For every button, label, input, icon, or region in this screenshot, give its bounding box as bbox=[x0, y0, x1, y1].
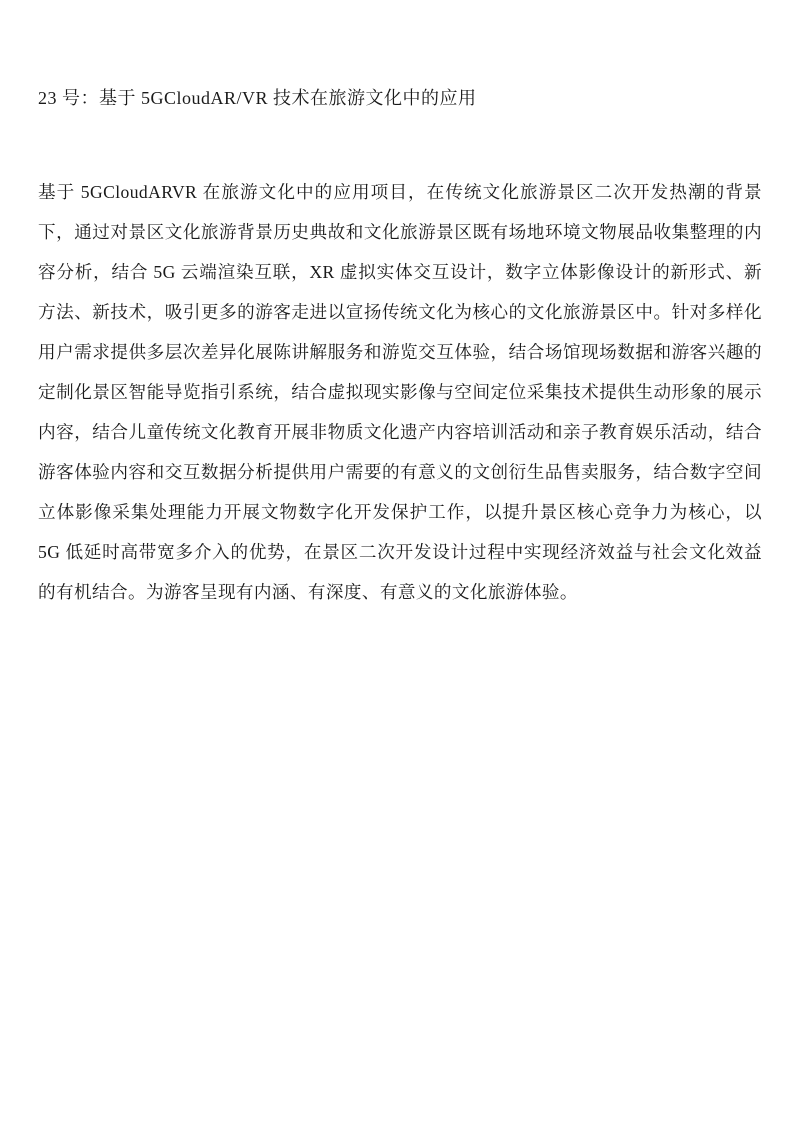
document-paragraph: 基于 5GCloudARVR 在旅游文化中的应用项目，在传统文化旅游景区二次开发… bbox=[38, 172, 762, 612]
document-page: 23 号：基于 5GCloudAR/VR 技术在旅游文化中的应用 基于 5GCl… bbox=[0, 0, 800, 1131]
document-title: 23 号：基于 5GCloudAR/VR 技术在旅游文化中的应用 bbox=[38, 0, 762, 110]
document-content: 23 号：基于 5GCloudAR/VR 技术在旅游文化中的应用 基于 5GCl… bbox=[38, 0, 762, 612]
